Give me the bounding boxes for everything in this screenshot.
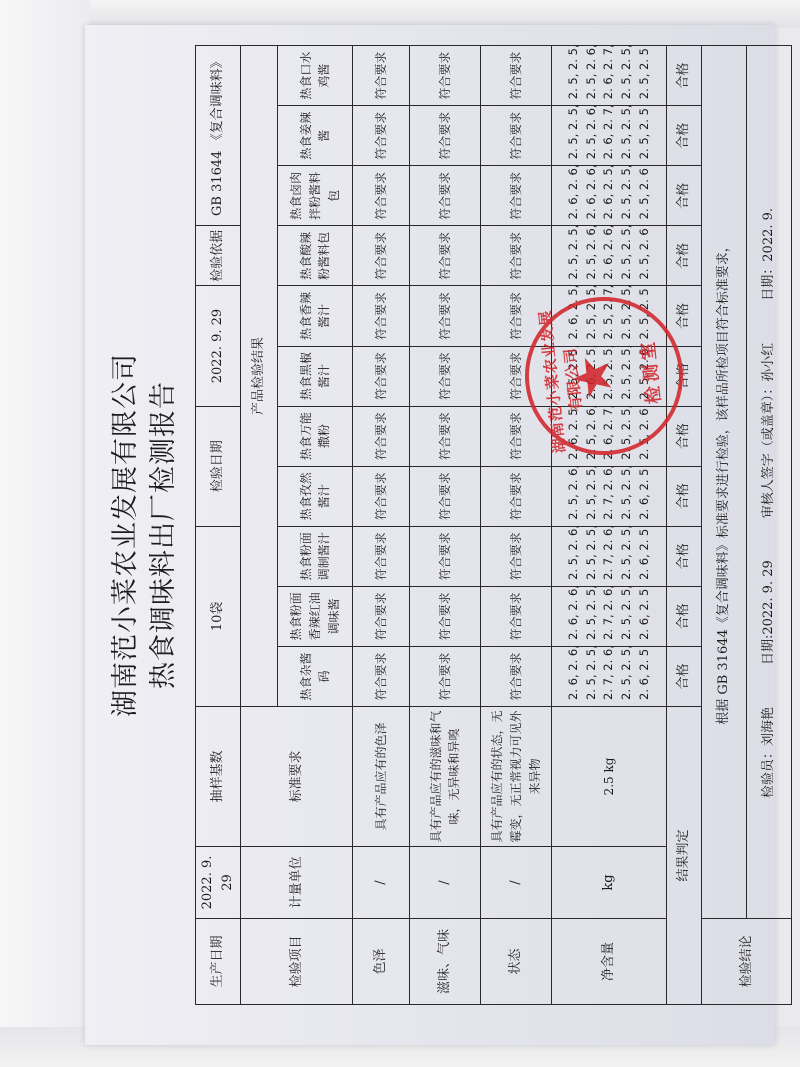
result-cell: 符合要求 xyxy=(410,586,481,646)
result-cell: 符合要求 xyxy=(353,286,410,346)
result-cell: 符合要求 xyxy=(353,226,410,286)
conclusion-text: 根据 GB 31644《复合调味料》标准要求进行检验，该样品所检项目符合标准要求… xyxy=(702,46,747,919)
production-date: 2022. 9. 29 xyxy=(196,847,241,919)
result-cell: 符合要求 xyxy=(410,106,481,166)
judgement-cell: 合格 xyxy=(667,586,702,646)
result-cell: 符合要求 xyxy=(410,226,481,286)
result-cell: 符合要求 xyxy=(410,646,481,706)
result-cell: 符合要求 xyxy=(481,466,552,526)
unit: / xyxy=(481,847,552,919)
product-header: 热食粉面调制酱汁 xyxy=(278,526,353,586)
result-cell: 符合要求 xyxy=(481,226,552,286)
table-row: 色泽/具有产品应有的色泽符合要求符合要求符合要求符合要求符合要求符合要求符合要求… xyxy=(353,46,410,1005)
basis-label: 检验依据 xyxy=(196,226,241,286)
inspection-date-label: 检验日期 xyxy=(196,406,241,526)
unit-header: 计量单位 xyxy=(241,847,353,919)
result-cell: 符合要求 xyxy=(353,466,410,526)
result-cell: 符合要求 xyxy=(353,406,410,466)
judgement-row: 结果判定合格合格合格合格合格合格合格合格合格合格合格 xyxy=(667,46,702,1005)
review-date: 日期：2022. 9. xyxy=(761,208,776,301)
product-header: 热食香辣酱汁 xyxy=(278,286,353,346)
product-header: 热食孜然酱汁 xyxy=(278,466,353,526)
result-cell: 符合要求 xyxy=(481,586,552,646)
judgement-cell: 合格 xyxy=(667,166,702,226)
result-cell: 符合要求 xyxy=(353,526,410,586)
judgement-cell: 合格 xyxy=(667,46,702,106)
result-cell: 符合要求 xyxy=(481,106,552,166)
product-header: 热食卤肉拌粉酱料包 xyxy=(278,166,353,226)
result-cell: 2. 6, 2. 6, 2. 5, 2. 5, 2. 7, 2. 6, 2. 5… xyxy=(552,586,667,646)
result-cell: 符合要求 xyxy=(410,466,481,526)
result-cell: 2. 5, 2. 5, 2. 5, 2. 6, 2. 6, 2. 7, 2. 5… xyxy=(552,106,667,166)
background-top xyxy=(0,0,800,28)
result-cell: 符合要求 xyxy=(410,286,481,346)
table-row: 滋味、气味/具有产品应有的滋味和气味，无异味和异嗅符合要求符合要求符合要求符合要… xyxy=(410,46,481,1005)
conclusion-label: 检验结论 xyxy=(702,919,792,1005)
signature-row: 检验员：刘海艳日期:2022. 9. 29审核人签字（或盖章）：孙小红日期：20… xyxy=(747,46,792,1005)
unit: / xyxy=(410,847,481,919)
result-cell: 符合要求 xyxy=(481,46,552,106)
result-cell: 符合要求 xyxy=(481,646,552,706)
report-page: 湖南范小菜农业发展有限公司 热食调味料出厂检测报告 生产日期 2022. 9. … xyxy=(85,25,775,1045)
inspection-date-sign: 日期:2022. 9. 29 xyxy=(761,560,776,665)
result-cell: 2. 6, 2. 6, 2. 5, 2. 5, 2. 7, 2. 6, 2. 5… xyxy=(552,646,667,706)
unit: kg xyxy=(552,847,667,919)
product-header: 热食粉面香辣红油调味酱 xyxy=(278,586,353,646)
group-header-row: 检验项目 计量单位 标准要求 产品检验结果 xyxy=(241,46,278,1005)
table-row: 净含量kg2.5 kg2. 6, 2. 6, 2. 5, 2. 5, 2. 7,… xyxy=(552,46,667,1005)
reviewer: 审核人签字（或盖章）：孙小红 xyxy=(761,343,776,519)
table-row: 状态/具有产品应有的状态，无霉变，无正常视力可见外来异物符合要求符合要求符合要求… xyxy=(481,46,552,1005)
standard-header: 标准要求 xyxy=(241,707,353,847)
standard-requirement: 具有产品应有的状态，无霉变，无正常视力可见外来异物 xyxy=(481,707,552,847)
sample-base: 10袋 xyxy=(196,526,241,706)
company-name: 湖南范小菜农业发展有限公司 xyxy=(103,25,142,1045)
conclusion-row: 检验结论根据 GB 31644《复合调味料》标准要求进行检验，该样品所检项目符合… xyxy=(702,46,747,1005)
report-title: 热食调味料出厂检测报告 xyxy=(141,25,180,1045)
product-header: 热食黑椒酱汁 xyxy=(278,346,353,406)
result-cell: 符合要求 xyxy=(353,586,410,646)
result-cell: 符合要求 xyxy=(353,166,410,226)
judgement-cell: 合格 xyxy=(667,226,702,286)
standard-requirement: 具有产品应有的色泽 xyxy=(353,707,410,847)
result-cell: 符合要求 xyxy=(410,526,481,586)
result-cell: 符合要求 xyxy=(481,526,552,586)
basis: GB 31644 《复合调味料》 xyxy=(196,46,241,226)
item-name: 净含量 xyxy=(552,919,667,1005)
product-header: 热食杂酱码 xyxy=(278,646,353,706)
results-group-header: 产品检验结果 xyxy=(241,46,278,707)
result-cell: 2. 5, 2. 6, 2. 5, 2. 5, 2. 7, 2. 6, 2. 5… xyxy=(552,526,667,586)
product-header: 热食口水鸡酱 xyxy=(278,46,353,106)
item-header: 检验项目 xyxy=(241,919,353,1005)
result-cell: 符合要求 xyxy=(410,46,481,106)
judgement-cell: 合格 xyxy=(667,646,702,706)
result-cell: 2. 5, 2. 6, 2. 5, 2. 5, 2. 7, 2. 6, 2. 5… xyxy=(552,466,667,526)
product-header: 热食姜辣酱 xyxy=(278,106,353,166)
unit: / xyxy=(353,847,410,919)
result-cell: 符合要求 xyxy=(410,346,481,406)
info-row: 生产日期 2022. 9. 29 抽样基数 10袋 检验日期 2022. 9. … xyxy=(196,46,241,1005)
result-cell: 符合要求 xyxy=(353,106,410,166)
result-cell: 符合要求 xyxy=(481,166,552,226)
judgement-label: 结果判定 xyxy=(667,707,702,1005)
item-name: 滋味、气味 xyxy=(410,919,481,1005)
inspection-date: 2022. 9. 29 xyxy=(196,286,241,406)
judgement-cell: 合格 xyxy=(667,106,702,166)
result-cell: 符合要求 xyxy=(353,646,410,706)
standard-requirement: 具有产品应有的滋味和气味，无异味和异嗅 xyxy=(410,707,481,847)
result-cell: 2. 5, 2. 5, 2. 5, 2. 6, 2. 6, 2. 7, 2. 5… xyxy=(552,46,667,106)
signature-cell: 检验员：刘海艳日期:2022. 9. 29审核人签字（或盖章）：孙小红日期：20… xyxy=(747,46,792,919)
result-cell: 2. 6, 2. 6, 2. 6, 2. 6, 2. 6, 2. 5, 2. 5… xyxy=(552,166,667,226)
production-date-label: 生产日期 xyxy=(196,919,241,1005)
product-header: 热食万能撒粉 xyxy=(278,406,353,466)
result-cell: 符合要求 xyxy=(410,166,481,226)
judgement-cell: 合格 xyxy=(667,526,702,586)
inspection-table: 生产日期 2022. 9. 29 抽样基数 10袋 检验日期 2022. 9. … xyxy=(195,45,792,1005)
product-header: 热食酸辣粉酱料包 xyxy=(278,226,353,286)
background-left xyxy=(0,0,90,1067)
item-name: 状态 xyxy=(481,919,552,1005)
result-cell: 符合要求 xyxy=(410,406,481,466)
result-cell: 2. 5, 2. 5, 2. 5, 2. 6, 2. 6, 2. 6, 2. 5… xyxy=(552,226,667,286)
result-cell: 符合要求 xyxy=(353,346,410,406)
item-name: 色泽 xyxy=(353,919,410,1005)
standard-requirement: 2.5 kg xyxy=(552,707,667,847)
result-cell: 符合要求 xyxy=(353,46,410,106)
inspector: 检验员：刘海艳 xyxy=(761,707,776,798)
judgement-cell: 合格 xyxy=(667,466,702,526)
sample-base-label: 抽样基数 xyxy=(196,707,241,847)
